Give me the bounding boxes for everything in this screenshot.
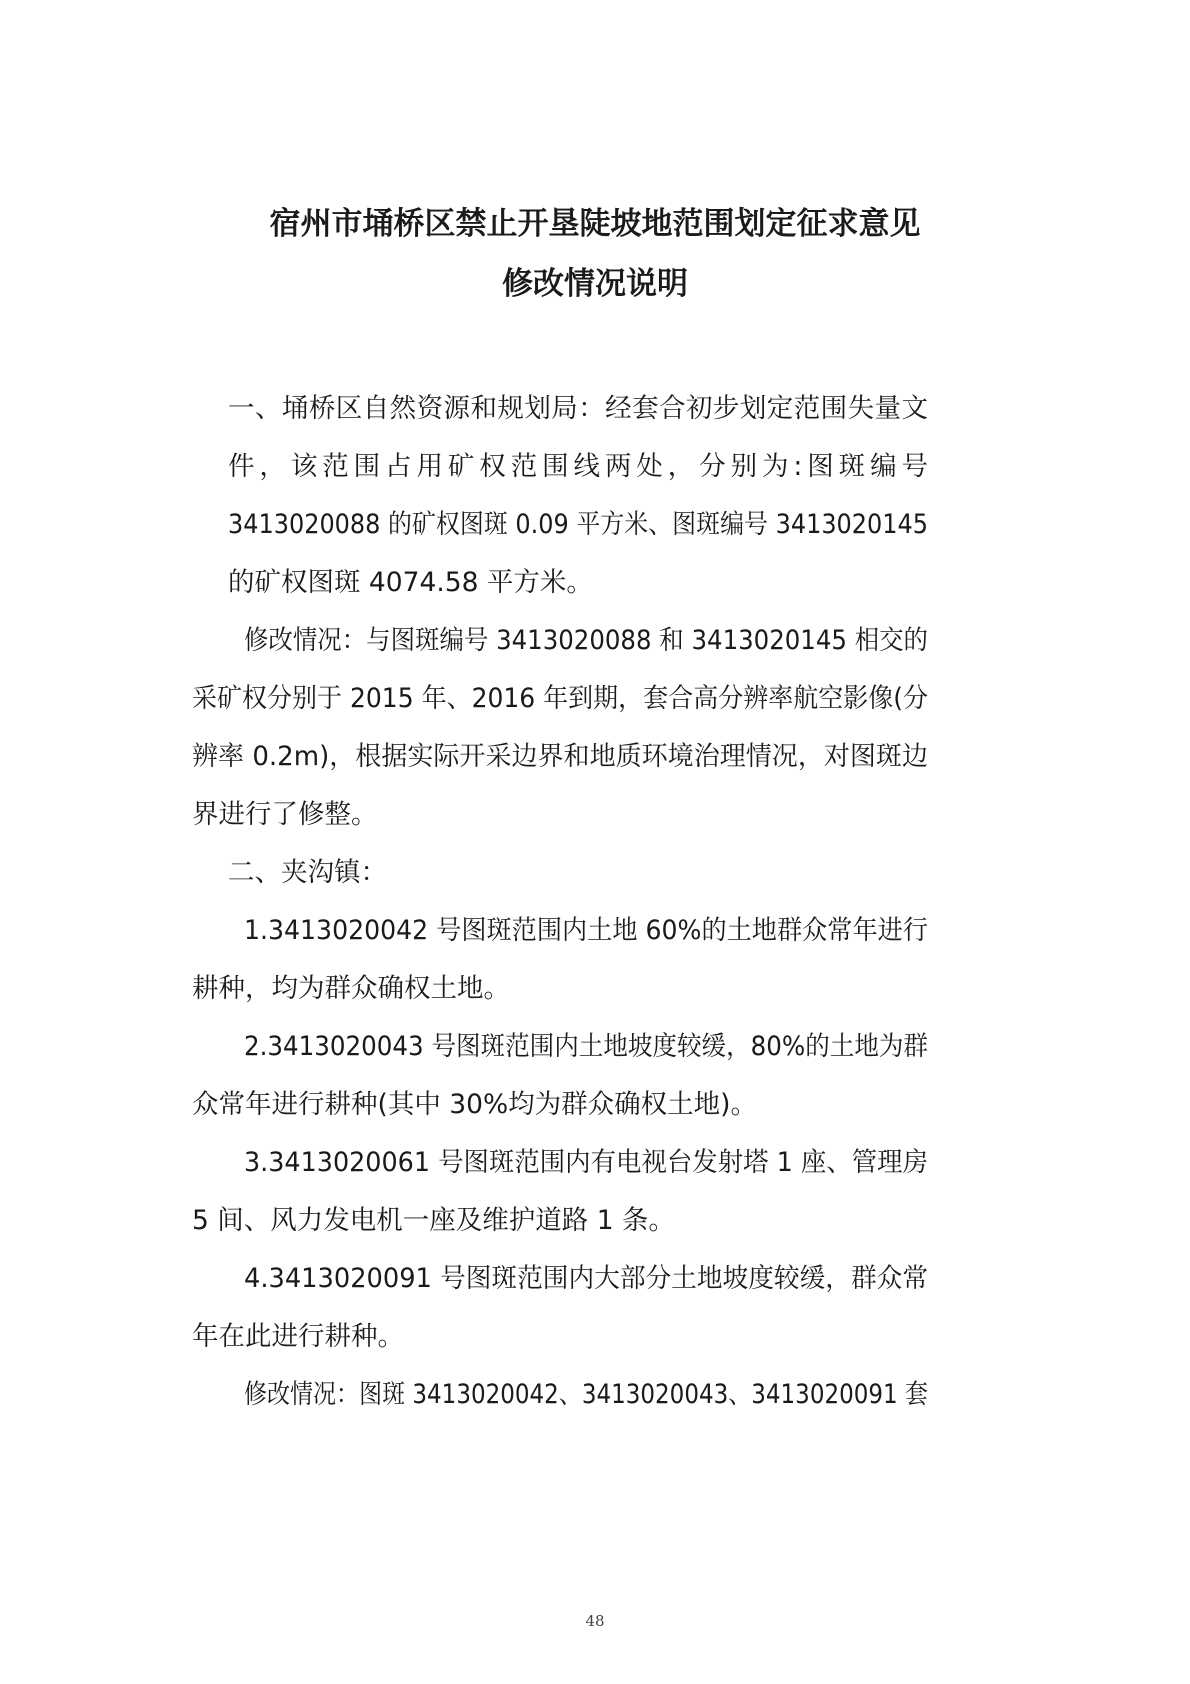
paragraph-line: 5 间、风力发电机一座及维护道路 1 条。 [192, 1198, 675, 1237]
paragraph-line: 3413020088 的矿权图斑 0.09 平方米、图斑编号 341302014… [228, 502, 928, 541]
paragraph-line: 耕种，均为群众确权土地。 [192, 966, 510, 1005]
paragraph-line: 修改情况：与图斑编号 3413020088 和 3413020145 相交的 [244, 618, 928, 657]
paragraph-line: 众常年进行耕种(其中 30%均为群众确权土地)。 [192, 1082, 757, 1121]
paragraph-line: 年在此进行耕种。 [192, 1314, 404, 1353]
document-title-line-1: 宿州市埇桥区禁止开垦陡坡地范围划定征求意见 [0, 198, 1190, 243]
paragraph-line: 界进行了修整。 [192, 792, 378, 831]
page-number: 48 [0, 1612, 1190, 1630]
paragraph-line: 4.3413020091 号图斑范围内大部分土地坡度较缓，群众常 [244, 1256, 928, 1295]
document-title-line-2: 修改情况说明 [0, 258, 1190, 303]
paragraph-line: 3.3413020061 号图斑范围内有电视台发射塔 1 座、管理房 [244, 1140, 928, 1179]
paragraph-line: 采矿权分别于 2015 年、2016 年到期，套合高分辨率航空影像(分 [192, 676, 928, 715]
paragraph-line: 的矿权图斑 4074.58 平方米。 [228, 560, 593, 599]
paragraph-line: 二、夹沟镇： [228, 850, 387, 889]
paragraph-line: 修改情况：图斑 3413020042、3413020043、3413020091… [244, 1372, 928, 1411]
paragraph-line: 一、埇桥区自然资源和规划局：经套合初步划定范围失量文 [228, 386, 928, 425]
paragraph-line: 1.3413020042 号图斑范围内土地 60%的土地群众常年进行 [244, 908, 928, 947]
paragraph-line: 件，该范围占用矿权范围线两处，分别为:图斑编号 [228, 444, 933, 483]
paragraph-line: 2.3413020043 号图斑范围内土地坡度较缓，80%的土地为群 [244, 1024, 928, 1063]
paragraph-line: 辨率 0.2m)，根据实际开采边界和地质环境治理情况，对图斑边 [192, 734, 928, 773]
